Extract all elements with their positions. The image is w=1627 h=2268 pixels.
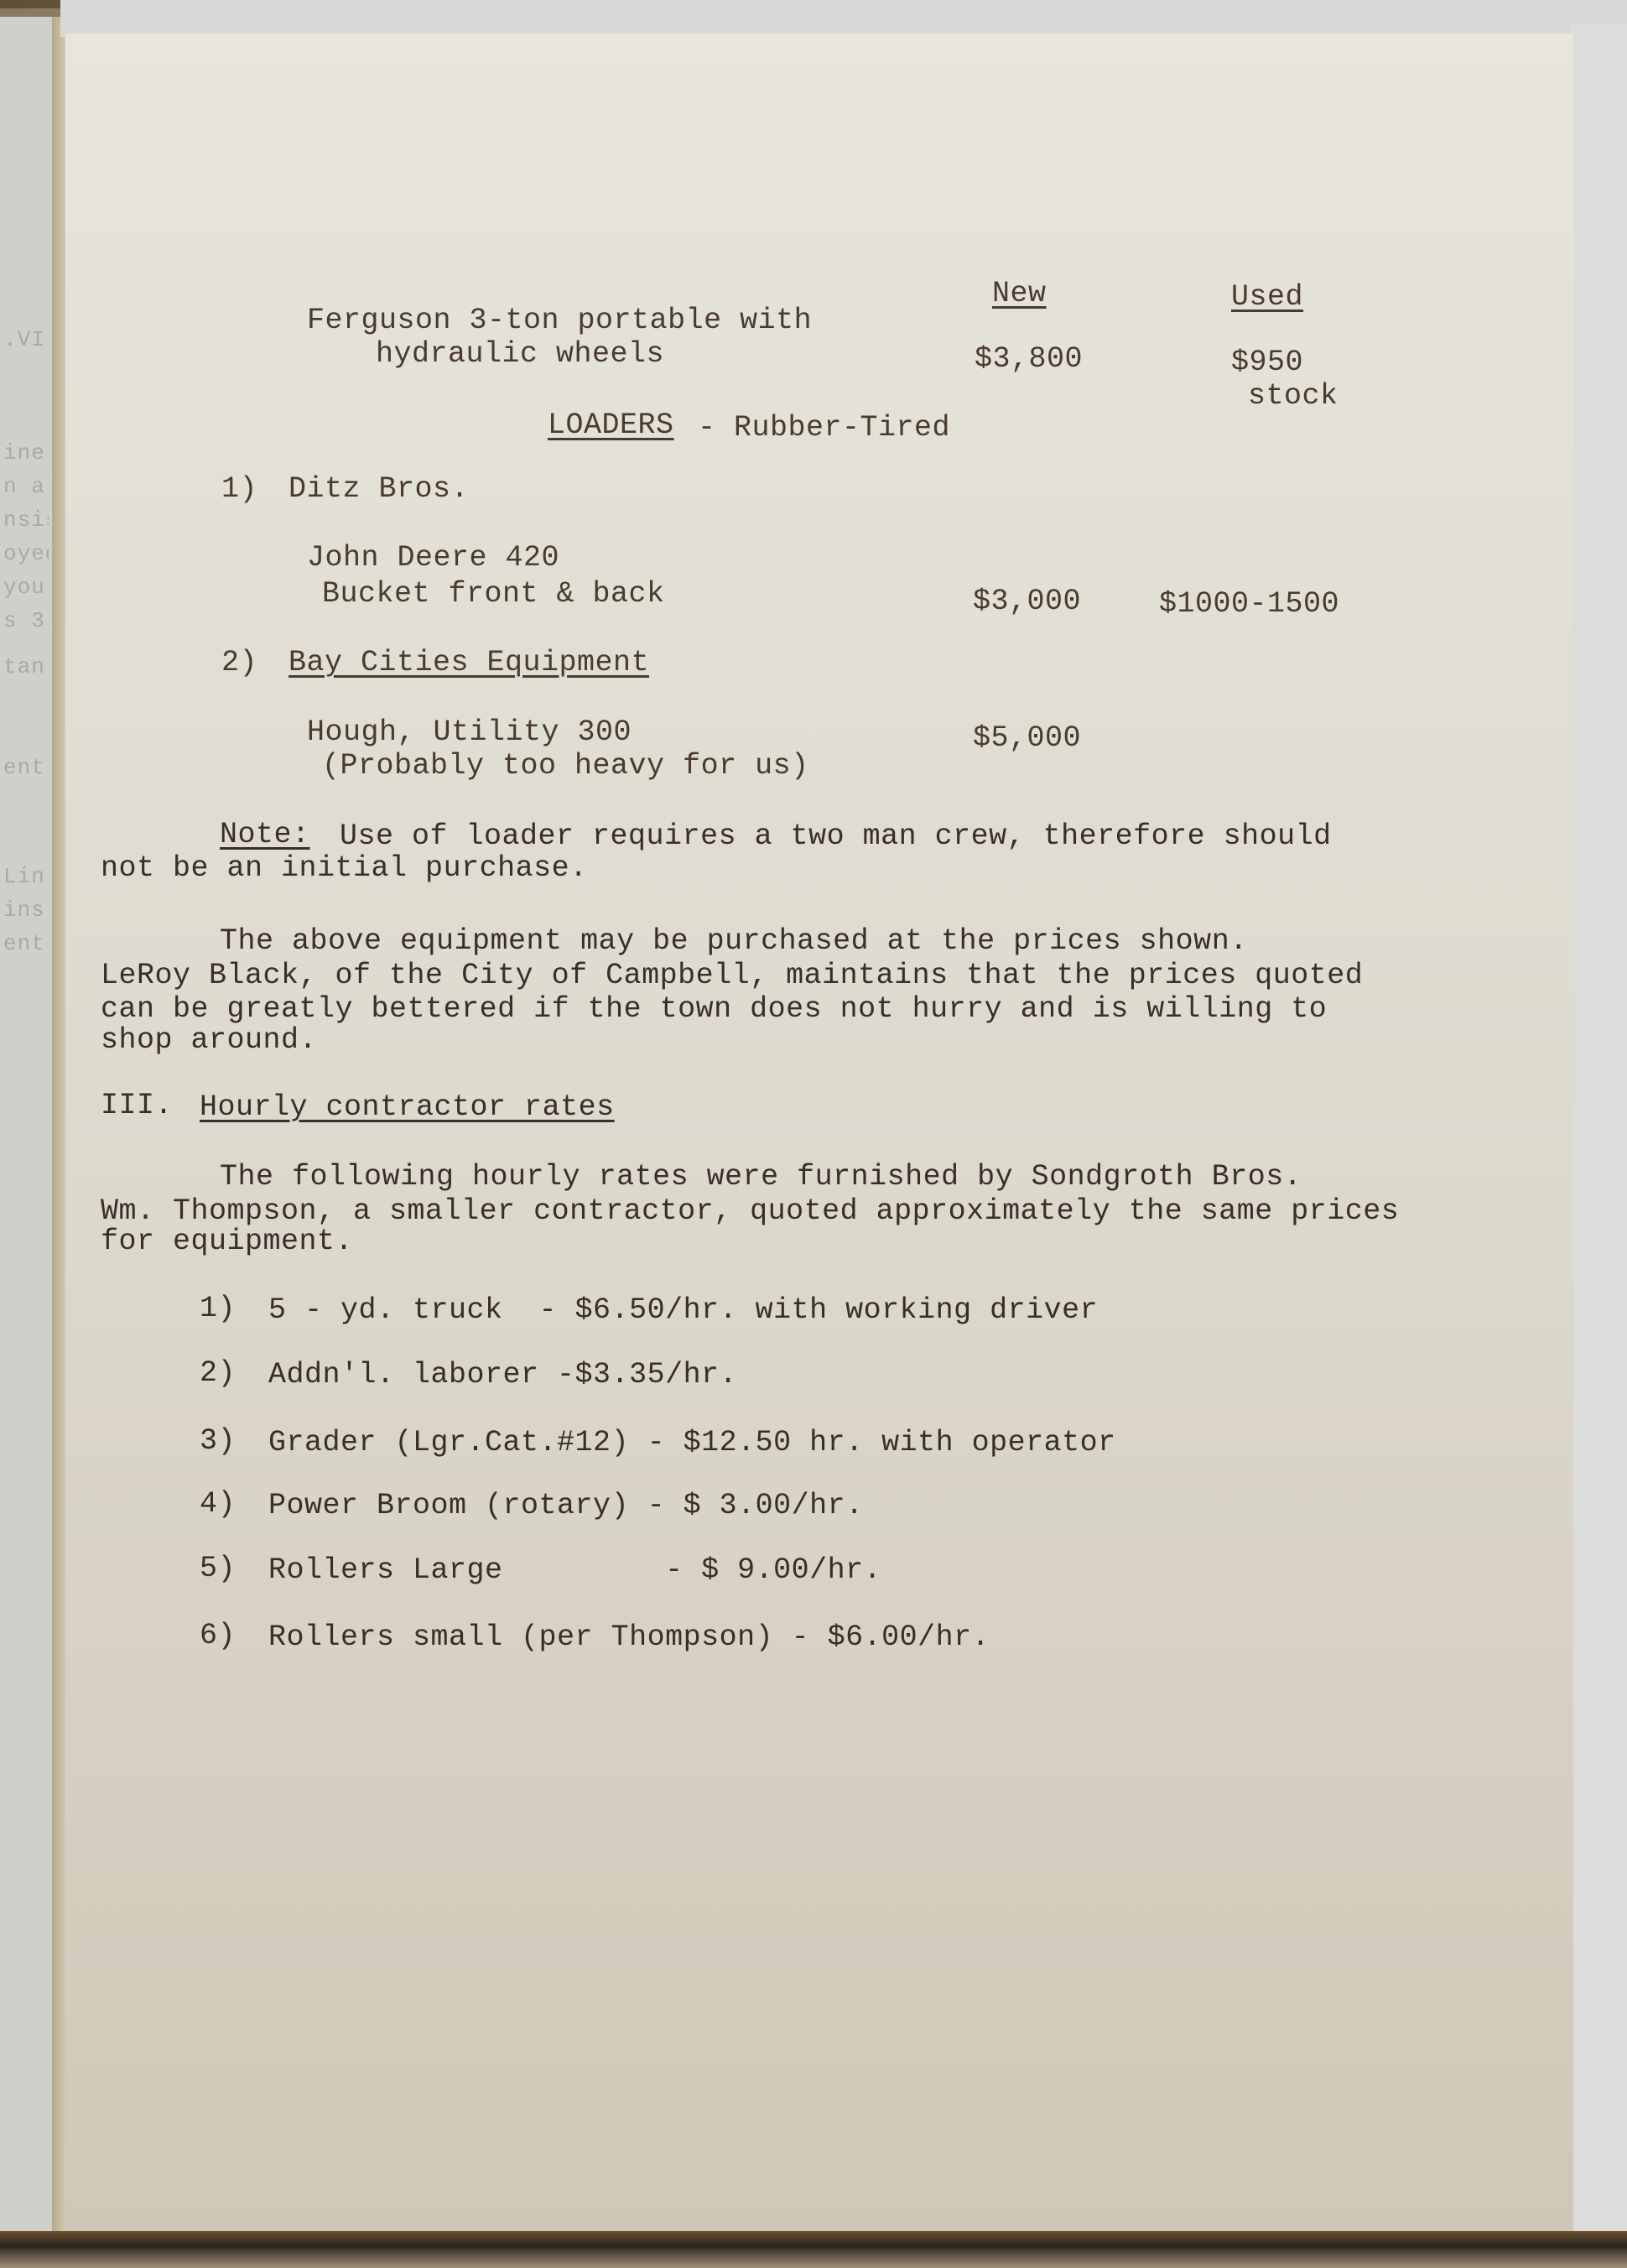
page-top-margin <box>60 0 1627 37</box>
price-used: $950 <box>1231 346 1303 379</box>
photo-bottom-edge <box>0 2231 1627 2268</box>
vendor-name: Ditz Bros. <box>288 472 469 506</box>
note-text: not be an initial purchase. <box>101 851 588 885</box>
paragraph-text: The following hourly rates were furnishe… <box>220 1160 1302 1194</box>
adjacent-text-fragment: tan <box>3 654 49 679</box>
adjacent-text-fragment: oyed <box>3 541 49 566</box>
note-text: Use of loader requires a two man crew, t… <box>340 819 1332 853</box>
document-page <box>65 34 1573 2231</box>
rate-number: 6) <box>200 1619 236 1652</box>
adjacent-text-fragment: ine <box>3 440 49 466</box>
price-new: $5,000 <box>973 721 1081 755</box>
column-header-new: New <box>992 277 1047 310</box>
equipment-item-detail: Bucket front & back <box>322 577 665 611</box>
section-title: Hourly contractor rates <box>200 1090 615 1124</box>
vendor-number: 2) <box>221 646 257 679</box>
equipment-item: Ferguson 3-ton portable with <box>307 304 812 337</box>
rate-number: 5) <box>200 1552 236 1585</box>
adjacent-text-fragment: .VI <box>3 327 49 352</box>
equipment-item-detail: (Probably too heavy for us) <box>322 749 809 783</box>
vendor-name: Bay Cities Equipment <box>288 646 649 679</box>
adjacent-text-fragment: ent <box>3 931 49 956</box>
rate-number: 2) <box>200 1356 236 1390</box>
paragraph-text: Wm. Thompson, a smaller contractor, quot… <box>101 1194 1399 1228</box>
rate-number: 3) <box>200 1424 236 1458</box>
adjacent-text-fragment: n al <box>3 474 49 499</box>
paragraph-text: LeRoy Black, of the City of Campbell, ma… <box>101 959 1363 992</box>
rate-item: Power Broom (rotary) - $ 3.00/hr. <box>268 1489 864 1522</box>
section-heading-loaders: LOADERS <box>548 408 674 442</box>
rate-item: Addn'l. laborer -$3.35/hr. <box>268 1358 737 1391</box>
rate-item: Rollers Large - $ 9.00/hr. <box>268 1553 881 1587</box>
paragraph-text: can be greatly bettered if the town does… <box>101 992 1327 1026</box>
adjacent-text-fragment: Lin <box>3 864 49 889</box>
rate-item: Grader (Lgr.Cat.#12) - $12.50 hr. with o… <box>268 1426 1116 1459</box>
adjacent-text-fragment: you <box>3 575 49 600</box>
equipment-item: Hough, Utility 300 <box>307 715 632 749</box>
price-new: $3,000 <box>973 585 1081 618</box>
rate-item: 5 - yd. truck - $6.50/hr. with working d… <box>268 1293 1098 1327</box>
adjacent-right-page <box>1570 25 1627 2239</box>
paragraph-text: for equipment. <box>101 1225 353 1258</box>
paragraph-text: The above equipment may be purchased at … <box>220 924 1248 958</box>
equipment-item-detail: hydraulic wheels <box>376 337 664 371</box>
note-label: Note: <box>220 818 310 851</box>
equipment-item: John Deere 420 <box>307 541 559 575</box>
section-numeral: III. <box>101 1089 173 1122</box>
rate-item: Rollers small (per Thompson) - $6.00/hr. <box>268 1620 990 1654</box>
section-subheading: - Rubber-Tired <box>698 411 950 445</box>
adjacent-text-fragment: s 3, <box>3 608 49 633</box>
price-used-note: stock <box>1248 379 1339 413</box>
adjacent-text-fragment: ins <box>3 897 49 923</box>
rate-number: 4) <box>200 1487 236 1521</box>
adjacent-left-page: .VI ine n al nsis oyed you s 3, tan ent … <box>0 17 52 2248</box>
vendor-number: 1) <box>221 472 257 506</box>
adjacent-text-fragment: nsis <box>3 507 49 533</box>
price-new: $3,800 <box>975 342 1083 376</box>
adjacent-text-fragment: ent <box>3 755 49 780</box>
price-used: $1000-1500 <box>1159 587 1339 621</box>
paragraph-text: shop around. <box>101 1023 317 1057</box>
rate-number: 1) <box>200 1292 236 1325</box>
column-header-used: Used <box>1231 280 1303 314</box>
